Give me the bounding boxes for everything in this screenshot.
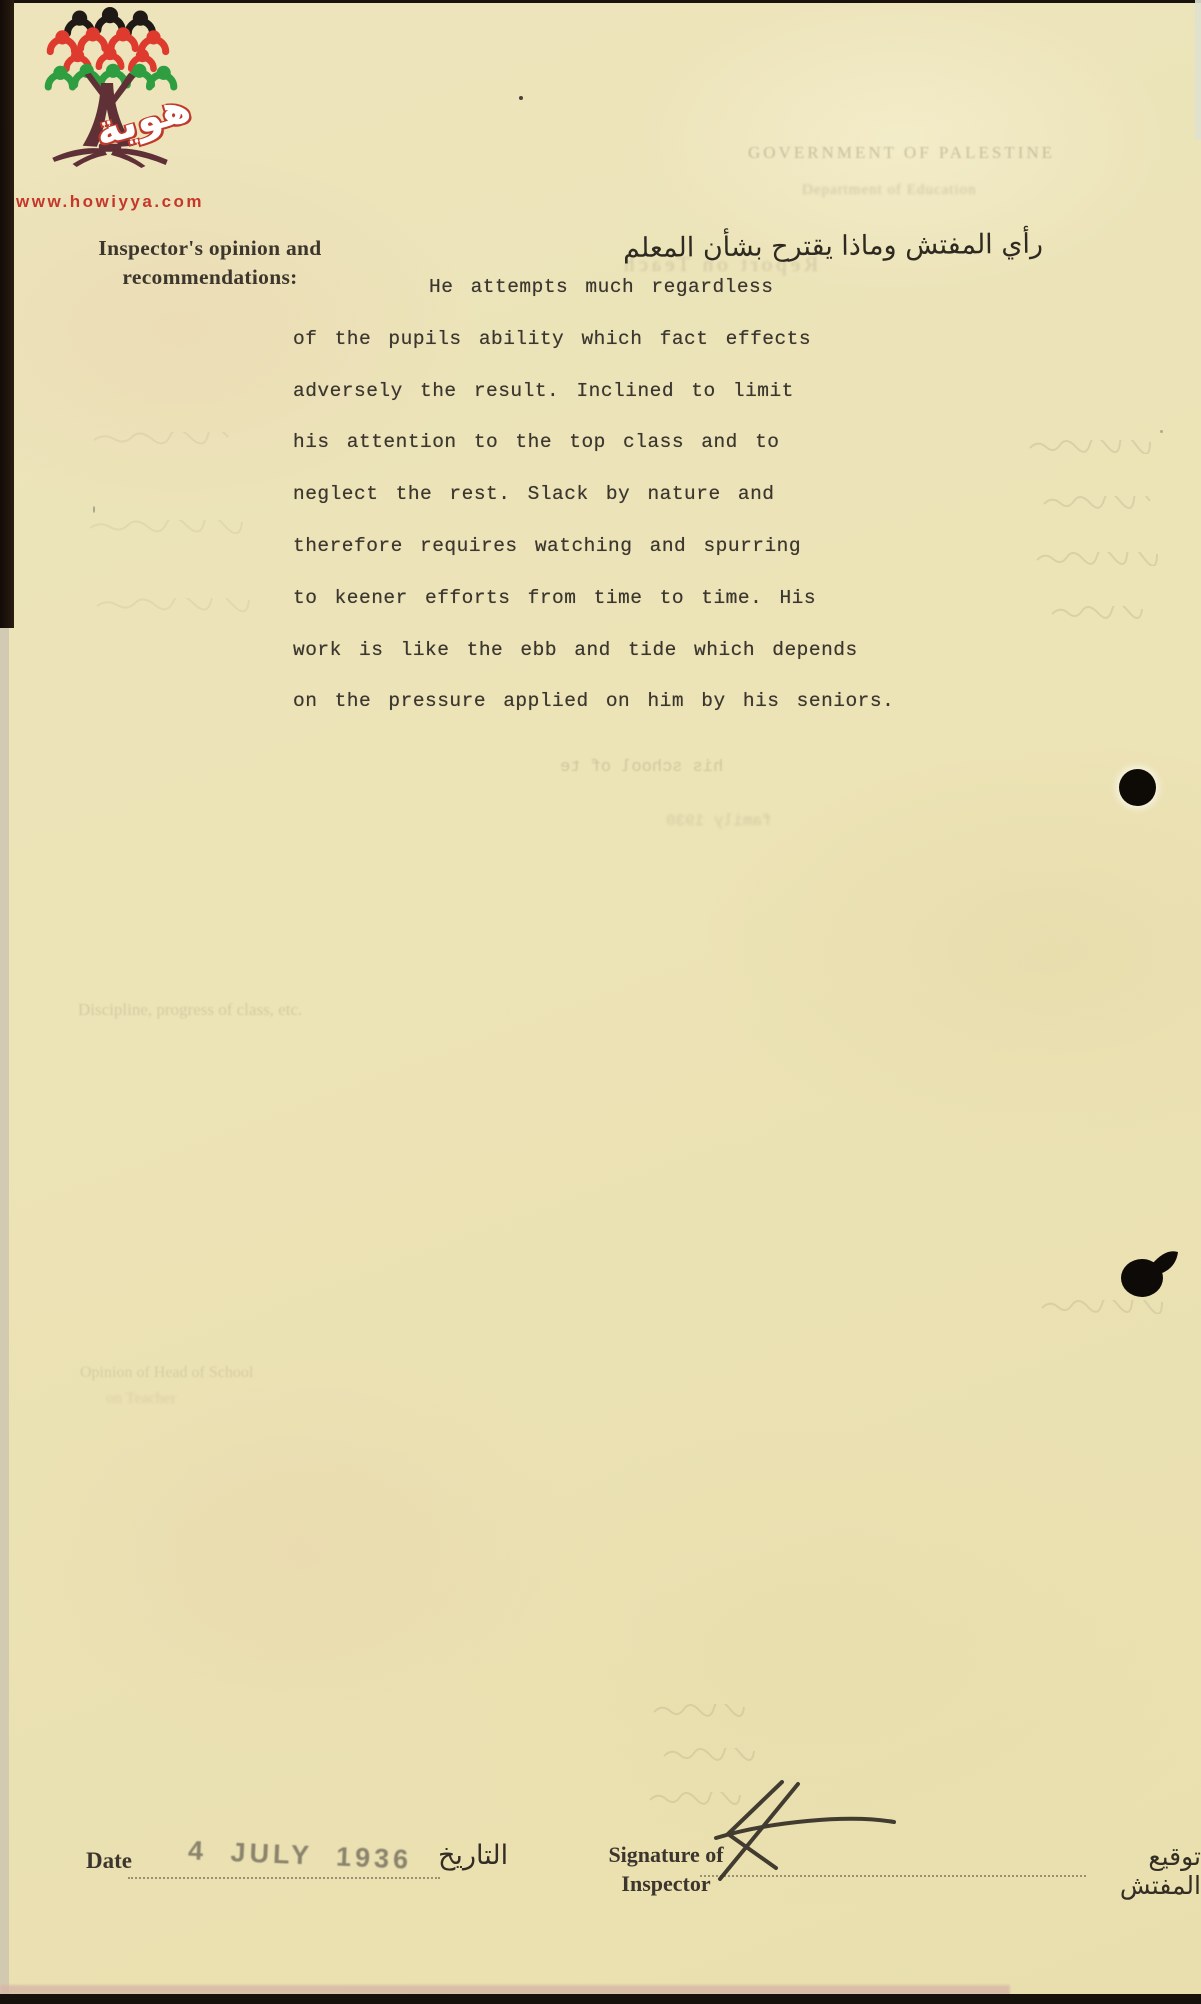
ink-blot bbox=[1116, 1246, 1186, 1307]
scanned-document-page: هوية www.howiyya.com GOVERNMENT OF PALES… bbox=[0, 0, 1201, 2004]
typed-line: adversely the result. Inclined to limit bbox=[293, 380, 893, 432]
typed-line: his attention to the top class and to bbox=[293, 431, 893, 483]
bleedthrough-head-line: Opinion of Head of School bbox=[80, 1364, 253, 1382]
howiyya-tree-logo-icon: هوية bbox=[42, 6, 178, 168]
date-label: Date bbox=[86, 1848, 132, 1874]
bleedthrough-department-line: Department of Education bbox=[802, 182, 977, 199]
date-label-arabic: التاريخ bbox=[438, 1840, 508, 1871]
arabic-ghost-squiggle bbox=[1035, 552, 1185, 566]
paper-speck bbox=[1160, 430, 1163, 433]
date-stamp: 4 JULY 1936 bbox=[187, 1835, 412, 1875]
bleedthrough-typed-line: family 1930 bbox=[666, 812, 772, 830]
scan-edge-right bbox=[1195, 0, 1201, 140]
arabic-ghost-squiggle bbox=[1042, 496, 1182, 510]
form-ghost-squiggle bbox=[95, 598, 295, 612]
arabic-ghost-squiggle bbox=[662, 1748, 777, 1762]
paper-speck bbox=[519, 96, 523, 100]
typed-line: of the pupils ability which fact effects bbox=[293, 328, 893, 380]
inspector-opinion-label-line1: Inspector's opinion and bbox=[66, 234, 354, 263]
paper-speck bbox=[93, 506, 95, 513]
typed-line: neglect the rest. Slack by nature and bbox=[293, 483, 893, 535]
form-ghost-squiggle bbox=[92, 432, 262, 446]
bleedthrough-government-line: GOVERNMENT OF PALESTINE bbox=[748, 143, 1055, 163]
signature-label-arabic: توقيع المفتش bbox=[1090, 1842, 1201, 1900]
punch-hole bbox=[1119, 769, 1156, 806]
typed-line: He attempts much regardless bbox=[293, 276, 893, 328]
form-ghost-squiggle bbox=[88, 520, 278, 534]
scan-edge-left-dark bbox=[0, 0, 14, 628]
arabic-ghost-squiggle bbox=[1028, 440, 1188, 454]
bleedthrough-discipline-line: Discipline, progress of class, etc. bbox=[78, 1000, 302, 1020]
arabic-ghost-squiggle bbox=[1050, 606, 1180, 620]
watermark-site-url: www.howiyya.com bbox=[16, 192, 236, 212]
inspector-signature-mark bbox=[698, 1772, 918, 1892]
typed-line: work is like the ebb and tide which depe… bbox=[293, 639, 893, 691]
typed-line: to keener efforts from time to time. His bbox=[293, 587, 893, 639]
typed-remarks-block: He attempts much regardless of the pupil… bbox=[293, 276, 893, 742]
scan-edge-top bbox=[0, 0, 1201, 3]
date-dotted-line bbox=[128, 1876, 440, 1879]
bleedthrough-typed-line: his school of te bbox=[560, 758, 723, 777]
typed-line: on the pressure applied on him by his se… bbox=[293, 690, 893, 742]
scan-edge-left-light bbox=[0, 628, 9, 1994]
inspector-opinion-label-arabic: رأي المفتش وماذا يقترح بشأن المعلم bbox=[623, 227, 1193, 264]
typed-line: therefore requires watching and spurring bbox=[293, 535, 893, 587]
bleedthrough-head-line: on Teacher bbox=[106, 1390, 176, 1408]
arabic-ghost-squiggle bbox=[652, 1704, 782, 1718]
scan-edge-bottom bbox=[0, 1994, 1201, 2004]
